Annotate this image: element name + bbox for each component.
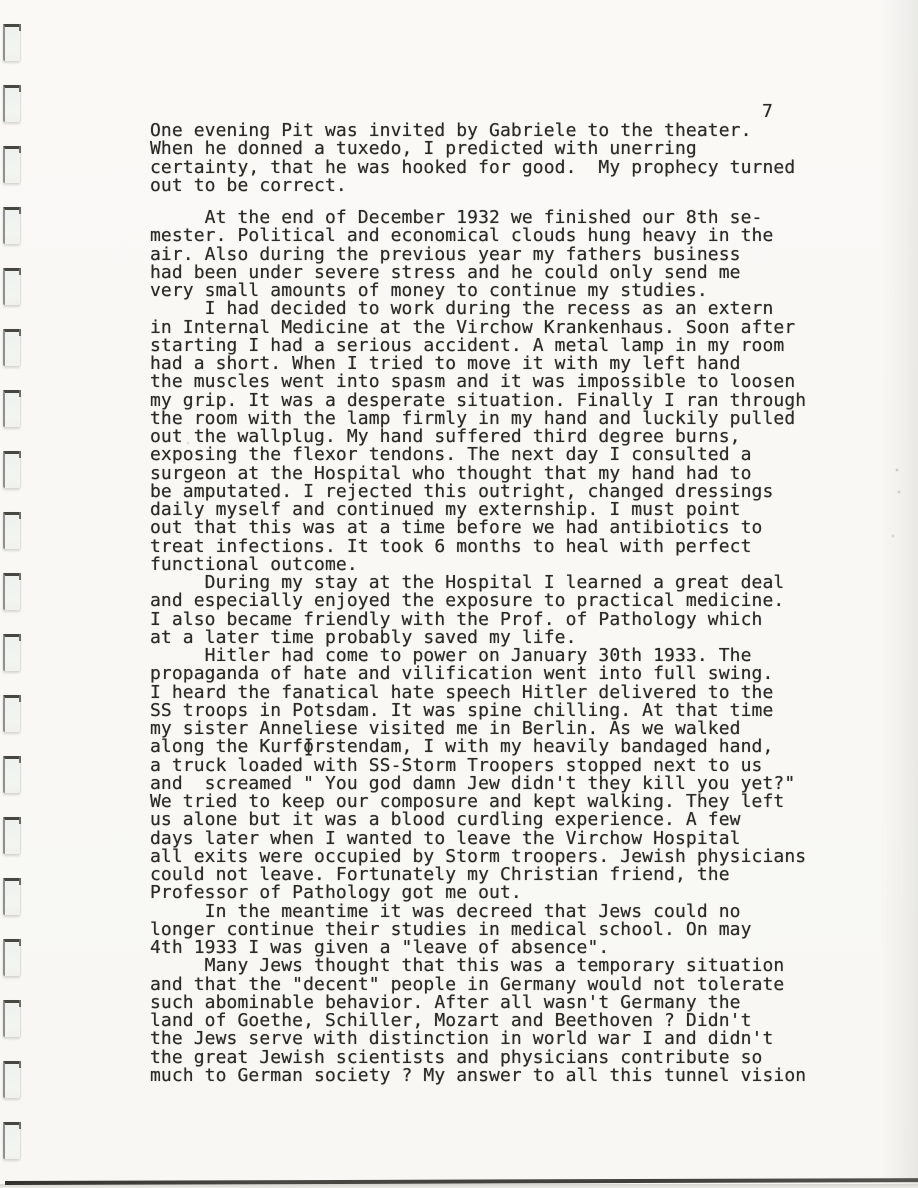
binding-hole	[3, 634, 20, 671]
binding-hole	[3, 207, 20, 244]
intro-paragraph: One evening Pit was invited by Gabriele …	[150, 122, 795, 195]
binding-hole	[3, 756, 20, 793]
binding-hole	[3, 390, 20, 427]
binding-hole	[3, 878, 20, 915]
body-paragraphs: At the end of December 1932 we finished …	[150, 209, 806, 1085]
binding-hole	[3, 268, 20, 305]
binding-hole	[3, 85, 20, 122]
page-bottom-edge	[0, 1184, 918, 1188]
binding-hole	[3, 1122, 20, 1159]
binding-hole	[3, 24, 20, 61]
binding-hole	[3, 451, 20, 488]
binding-hole	[3, 817, 20, 854]
binding-hole	[3, 329, 20, 366]
binding-rail	[0, 0, 30, 1188]
binding-hole	[3, 1061, 20, 1098]
binding-hole	[3, 512, 20, 549]
binding-hole	[3, 939, 20, 976]
binding-hole	[3, 1000, 20, 1037]
page-number: 7	[762, 101, 773, 122]
binding-hole	[3, 146, 20, 183]
binding-hole	[3, 695, 20, 732]
scanned-page: 7 One evening Pit was invited by Gabriel…	[0, 0, 918, 1188]
binding-hole	[3, 573, 20, 610]
